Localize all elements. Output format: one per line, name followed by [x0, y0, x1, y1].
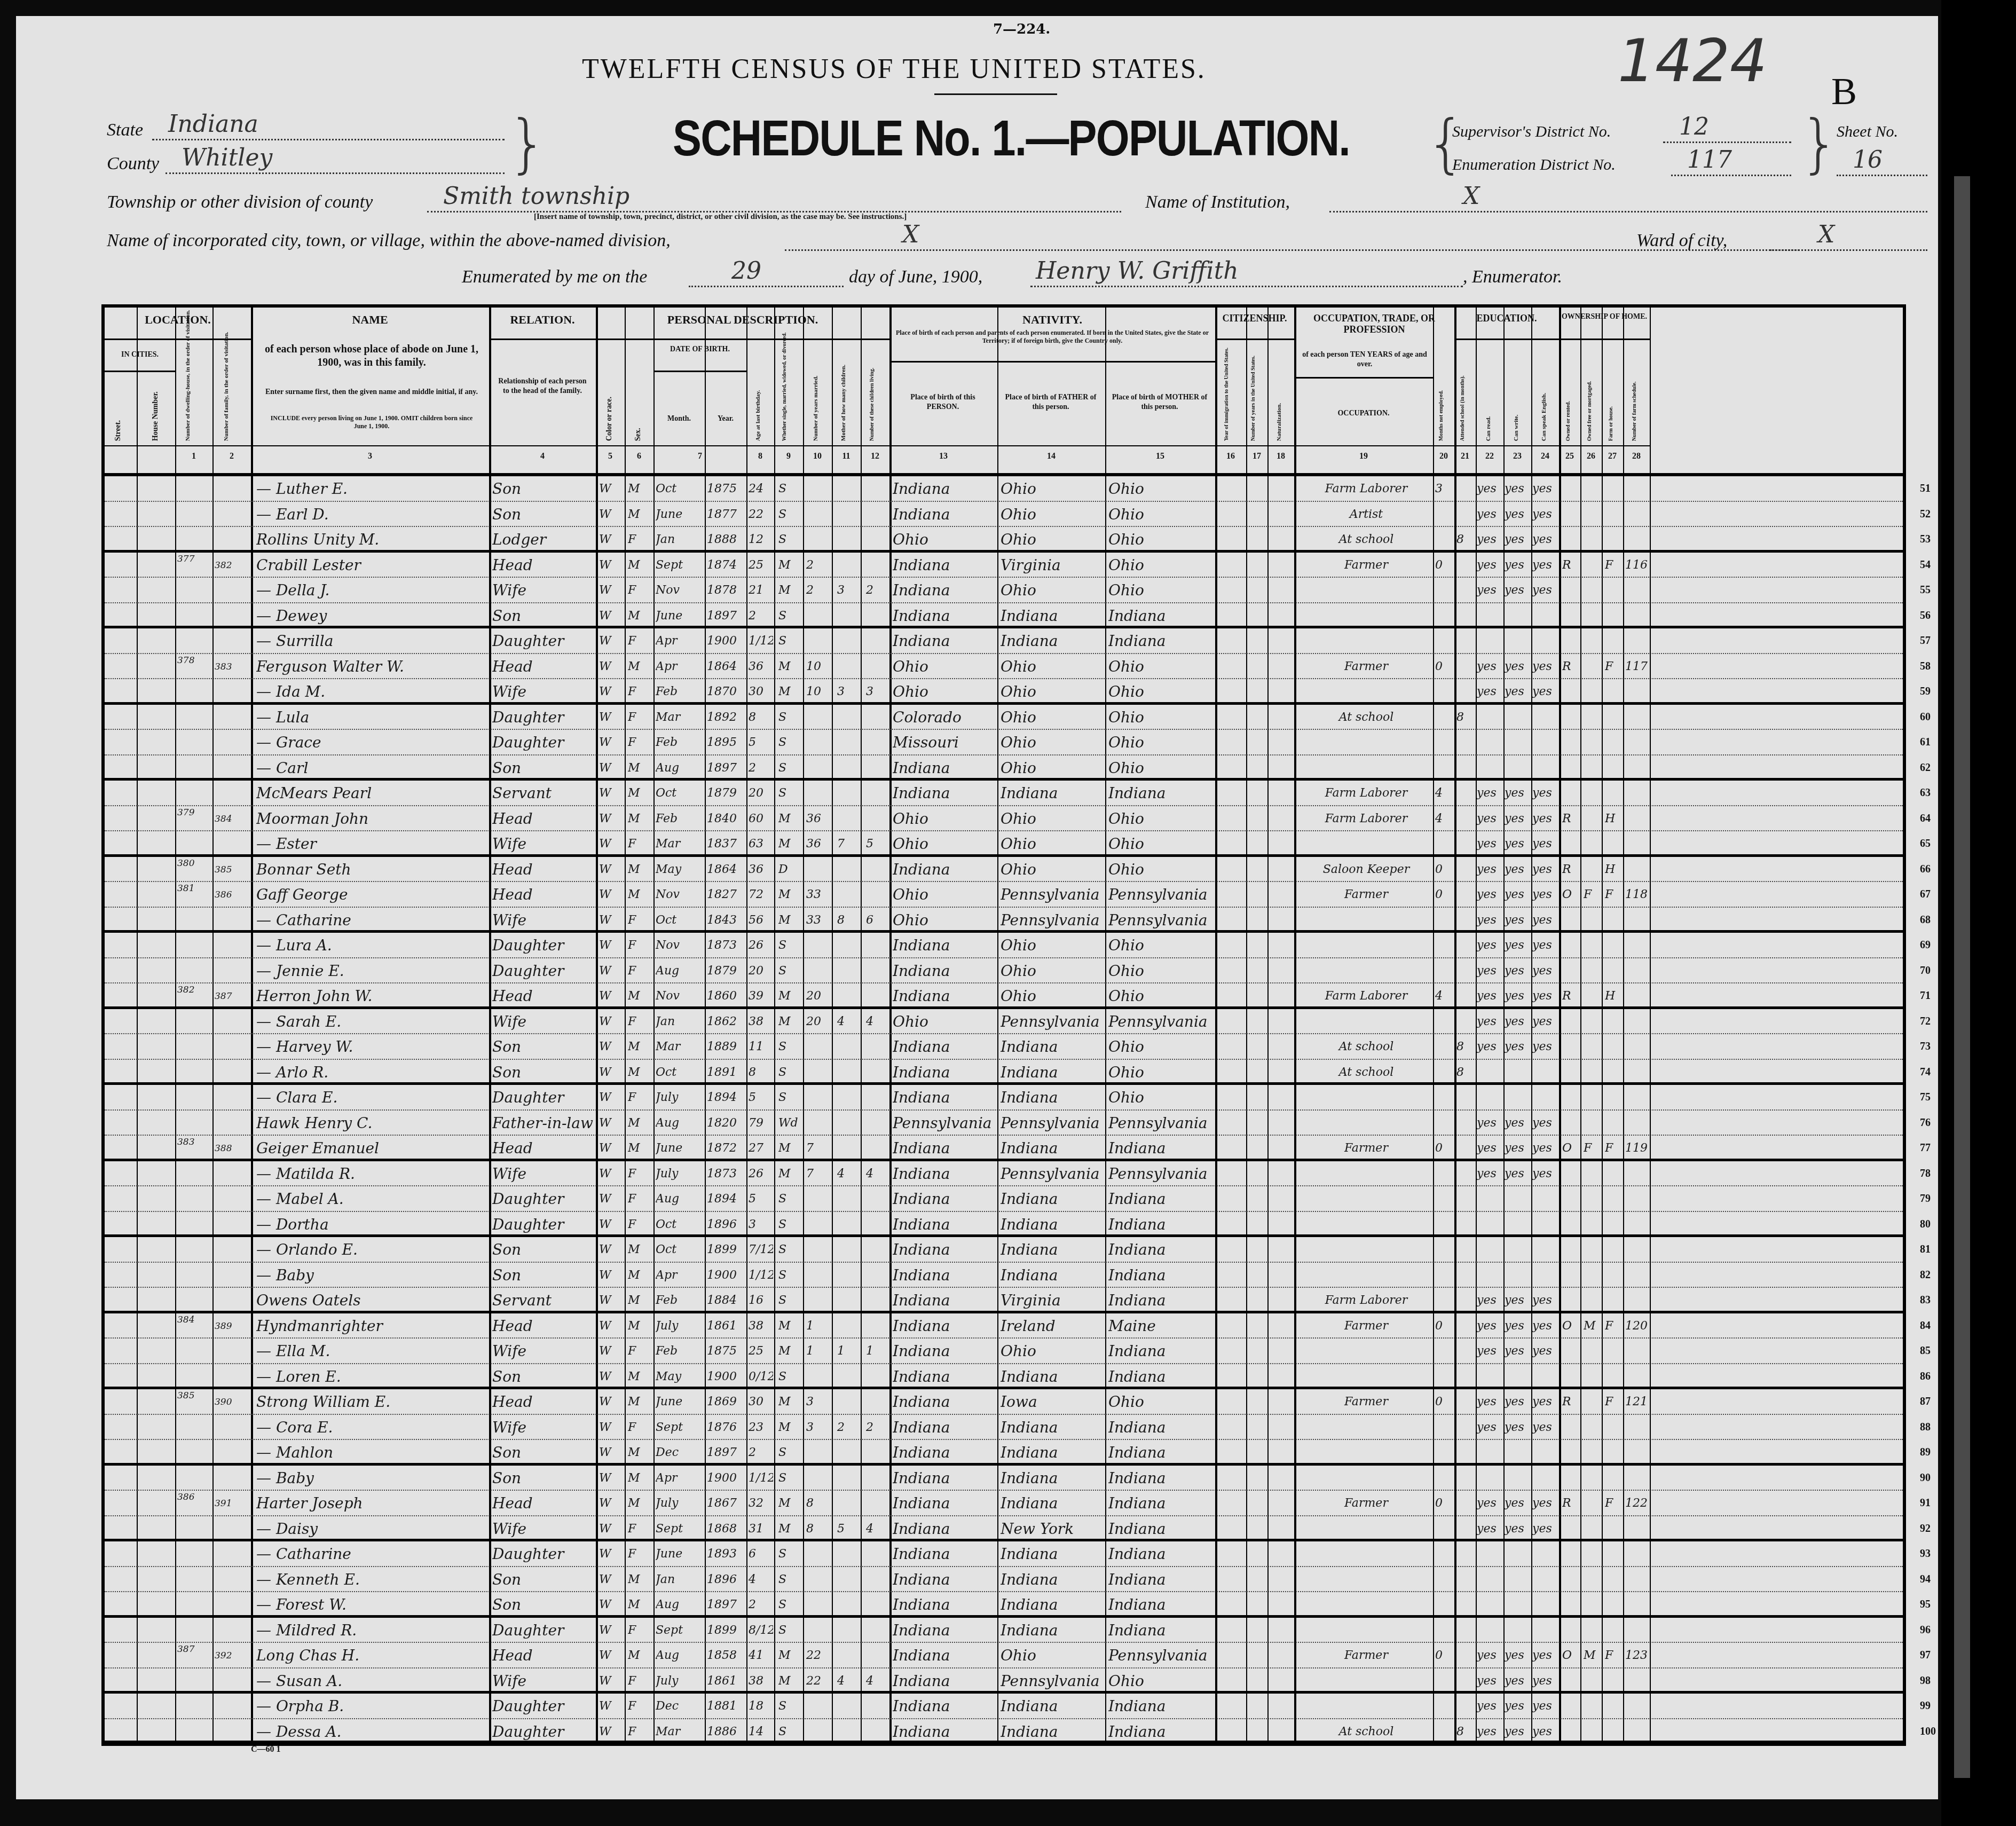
- months-unemployed: 4: [1435, 781, 1453, 805]
- birth-month: Jan: [656, 1567, 704, 1592]
- free-mortgaged: [1584, 1186, 1602, 1211]
- farm-house: [1605, 1085, 1623, 1109]
- birthplace-father: Indiana: [1001, 1541, 1104, 1566]
- birthplace-person: Indiana: [893, 1618, 996, 1642]
- children-living: [866, 806, 888, 831]
- birthplace-mother: Ohio: [1108, 933, 1214, 957]
- birthplace-mother: Maine: [1108, 1313, 1214, 1338]
- birth-month: June: [656, 603, 704, 626]
- age: 8: [749, 705, 773, 729]
- occupation: At school: [1301, 705, 1432, 729]
- age: 31: [749, 1516, 773, 1539]
- mother-of: [837, 705, 860, 729]
- line-number: 79: [1920, 1193, 1931, 1205]
- sex: M: [628, 1288, 652, 1311]
- dwelling-number: 382: [177, 985, 211, 1008]
- birth-year: 1895: [707, 730, 745, 754]
- attended-school: [1456, 781, 1475, 805]
- can-read: [1477, 1592, 1503, 1615]
- owned-rented: [1562, 476, 1580, 501]
- birthplace-mother: Indiana: [1108, 1694, 1214, 1718]
- birthplace-mother: Ohio: [1108, 527, 1214, 550]
- can-read: [1477, 1212, 1503, 1235]
- can-read: [1477, 1440, 1503, 1463]
- sex: F: [628, 527, 652, 550]
- birthplace-mother: Indiana: [1108, 1719, 1214, 1742]
- farm-schedule-number: [1625, 1364, 1650, 1387]
- attended-school: [1456, 908, 1475, 931]
- line-number: 57: [1920, 635, 1931, 647]
- attended-school: [1456, 1567, 1475, 1592]
- mother-of: [837, 1567, 860, 1592]
- birthplace-person: Indiana: [893, 502, 996, 526]
- months-unemployed: [1435, 603, 1453, 626]
- can-speak-english: yes: [1532, 476, 1559, 501]
- attended-school: [1456, 1085, 1475, 1109]
- birth-year: 1861: [707, 1313, 745, 1338]
- birthplace-father: Ohio: [1001, 857, 1104, 881]
- free-mortgaged: [1584, 1694, 1602, 1718]
- sex: M: [628, 502, 652, 526]
- color: W: [599, 1618, 624, 1642]
- mother-of: [837, 857, 860, 881]
- relation: Daughter: [492, 1212, 594, 1235]
- person-name: Herron John W.: [256, 983, 486, 1006]
- attended-school: [1456, 1313, 1475, 1338]
- mother-of: 3: [837, 578, 860, 602]
- birth-month: July: [656, 1313, 704, 1338]
- marital-status: S: [778, 1541, 802, 1566]
- supervisor-district-label: Supervisor's District No.: [1452, 123, 1611, 141]
- birth-month: July: [656, 1491, 704, 1515]
- birth-month: July: [656, 1161, 704, 1186]
- relation: Wife: [492, 1339, 594, 1363]
- can-write: yes: [1505, 1009, 1531, 1034]
- birthplace-father: Indiana: [1001, 1263, 1104, 1287]
- table-row: — Grace Daughter W F Feb 1895 5 S Missou…: [105, 730, 1903, 755]
- years-married: [806, 1085, 831, 1109]
- col-immigration-year: Year of immigration to the United States…: [1224, 345, 1230, 441]
- occupation: Farmer: [1301, 882, 1432, 907]
- dwelling-number: [177, 680, 211, 703]
- farm-house: [1605, 1034, 1623, 1059]
- attended-school: [1456, 1212, 1475, 1235]
- marital-status: S: [778, 730, 802, 754]
- form-number: 7—224.: [993, 21, 1050, 37]
- birth-year: 1837: [707, 831, 745, 854]
- marital-status: S: [778, 1288, 802, 1311]
- person-name: — Catharine: [256, 1541, 486, 1566]
- birth-month: Aug: [656, 1592, 704, 1615]
- person-name: — Daisy: [256, 1516, 486, 1539]
- table-row: — Baby Son W M Apr 1900 1/12 S Indiana I…: [105, 1466, 1903, 1491]
- birth-year: 1861: [707, 1668, 745, 1691]
- color: W: [599, 679, 624, 702]
- birthplace-father: Pennsylvania: [1001, 908, 1104, 931]
- birthplace-person: Ohio: [893, 908, 996, 931]
- birthplace-mother: Pennsylvania: [1108, 1643, 1214, 1667]
- birth-month: Aug: [656, 1186, 704, 1211]
- occupation: [1301, 1085, 1432, 1109]
- owned-rented: [1562, 755, 1580, 778]
- col-number: 14: [997, 452, 1105, 461]
- occupation: [1301, 1541, 1432, 1566]
- sex: F: [628, 1009, 652, 1034]
- free-mortgaged: [1584, 502, 1602, 526]
- birth-month: Dec: [656, 1694, 704, 1718]
- farm-house: [1605, 831, 1623, 854]
- birthplace-mother: Indiana: [1108, 1263, 1214, 1287]
- farm-schedule-number: [1625, 628, 1650, 653]
- birthplace-father: Indiana: [1001, 1440, 1104, 1463]
- birthplace-mother: Pennsylvania: [1108, 1161, 1214, 1186]
- dwelling-number: [177, 477, 211, 502]
- line-number: 82: [1920, 1269, 1931, 1281]
- occupation: [1301, 933, 1432, 957]
- can-read: [1477, 603, 1503, 626]
- birthplace-mother: Pennsylvania: [1108, 882, 1214, 907]
- can-speak-english: yes: [1532, 882, 1559, 907]
- owned-rented: R: [1562, 806, 1580, 831]
- birthplace-person: Indiana: [893, 1288, 996, 1311]
- birthplace-father: Indiana: [1001, 1415, 1104, 1439]
- age: 4: [749, 1567, 773, 1592]
- birth-month: June: [656, 1541, 704, 1566]
- farm-house: F: [1605, 654, 1623, 679]
- person-name: — Orpha B.: [256, 1694, 486, 1718]
- schedule-title: SCHEDULE No. 1.—POPULATION.: [673, 109, 1350, 167]
- table-row: — Arlo R. Son W M Oct 1891 8 S Indiana I…: [105, 1060, 1903, 1085]
- can-read: [1477, 705, 1503, 729]
- page-title: TWELFTH CENSUS OF THE UNITED STATES.: [582, 53, 1206, 85]
- birth-year: 1894: [707, 1186, 745, 1211]
- months-unemployed: 0: [1435, 1491, 1453, 1515]
- birth-year: 1862: [707, 1009, 745, 1034]
- sex: M: [628, 1136, 652, 1159]
- birth-year: 1873: [707, 1161, 745, 1186]
- line-number: 77: [1920, 1142, 1931, 1154]
- birth-month: Feb: [656, 1288, 704, 1311]
- years-married: 22: [806, 1643, 831, 1667]
- age: 18: [749, 1694, 773, 1718]
- birth-month: June: [656, 1389, 704, 1414]
- farm-schedule-number: [1625, 1009, 1650, 1034]
- age: 1/12: [749, 628, 773, 653]
- line-number: 88: [1920, 1421, 1931, 1434]
- table-row: — Loren E. Son W M May 1900 0/12 S India…: [105, 1364, 1903, 1390]
- county-label: County: [107, 154, 159, 174]
- birthplace-father: Pennsylvania: [1001, 1111, 1104, 1135]
- farm-schedule-number: [1625, 781, 1650, 805]
- dwelling-number: [177, 934, 211, 958]
- marital-status: M: [778, 983, 802, 1006]
- years-married: [806, 1060, 831, 1083]
- can-write: yes: [1505, 1415, 1531, 1439]
- months-unemployed: [1435, 730, 1453, 754]
- farm-schedule-number: [1625, 958, 1650, 983]
- dwelling-number: [177, 1187, 211, 1212]
- farm-schedule-number: [1625, 857, 1650, 881]
- can-speak-english: yes: [1532, 908, 1559, 931]
- mother-of: [837, 1034, 860, 1059]
- sex: M: [628, 806, 652, 831]
- birth-year: 1843: [707, 908, 745, 931]
- owned-rented: [1562, 1592, 1580, 1615]
- months-unemployed: [1435, 1161, 1453, 1186]
- children-living: 5: [866, 831, 888, 854]
- birth-month: Feb: [656, 679, 704, 702]
- can-write: [1505, 1186, 1531, 1211]
- line-number: 89: [1920, 1446, 1931, 1459]
- line-number: 72: [1920, 1016, 1931, 1028]
- free-mortgaged: [1584, 1288, 1602, 1311]
- group-personal-description: PERSONAL DESCRIPTION.: [596, 313, 889, 327]
- page-shadow: [1954, 176, 1970, 1778]
- farm-schedule-number: 122: [1625, 1491, 1650, 1515]
- birthplace-person: Indiana: [893, 1186, 996, 1211]
- relation: Servant: [492, 1288, 594, 1311]
- birth-year: 1892: [707, 705, 745, 729]
- birthplace-person: Indiana: [893, 1541, 996, 1566]
- birthplace-mother: Ohio: [1108, 654, 1214, 679]
- col-number: 6: [625, 452, 653, 461]
- farm-schedule-number: [1625, 527, 1650, 550]
- can-speak-english: yes: [1532, 527, 1559, 550]
- col-number: 18: [1267, 452, 1294, 461]
- sex: M: [628, 654, 652, 679]
- can-read: [1477, 1364, 1503, 1387]
- free-mortgaged: [1584, 1466, 1602, 1490]
- months-unemployed: [1435, 1415, 1453, 1439]
- farm-schedule-number: [1625, 831, 1650, 854]
- birthplace-father: Ohio: [1001, 679, 1104, 702]
- color: W: [599, 882, 624, 907]
- can-read: [1477, 628, 1503, 653]
- age: 8/12: [749, 1618, 773, 1642]
- owned-rented: [1562, 1516, 1580, 1539]
- marital-status: M: [778, 831, 802, 854]
- birth-year: 1900: [707, 628, 745, 653]
- birthplace-person: Indiana: [893, 476, 996, 501]
- children-living: [866, 1263, 888, 1287]
- birth-month: Apr: [656, 654, 704, 679]
- months-unemployed: [1435, 1288, 1453, 1311]
- farm-house: [1605, 1263, 1623, 1287]
- mother-of: [837, 1643, 860, 1667]
- enumerator-label: , Enumerator.: [1463, 267, 1562, 287]
- age: 38: [749, 1668, 773, 1691]
- farm-schedule-number: 117: [1625, 654, 1650, 679]
- col-number: 13: [889, 452, 997, 461]
- dwelling-number: [177, 757, 211, 780]
- col-owned-rented: Owned or rented.: [1565, 361, 1571, 441]
- can-write: yes: [1505, 983, 1531, 1006]
- age: 23: [749, 1415, 773, 1439]
- table-row: — Kenneth E. Son W M Jan 1896 4 S Indian…: [105, 1567, 1903, 1593]
- person-name: — Catharine: [256, 908, 486, 931]
- marital-status: S: [778, 1694, 802, 1718]
- mother-of: 2: [837, 1415, 860, 1439]
- years-married: [806, 1567, 831, 1592]
- can-read: [1477, 755, 1503, 778]
- mother-of: [837, 502, 860, 526]
- age: 21: [749, 578, 773, 602]
- months-unemployed: [1435, 1339, 1453, 1363]
- children-living: [866, 1364, 888, 1387]
- owned-rented: R: [1562, 983, 1580, 1006]
- attended-school: [1456, 654, 1475, 679]
- marital-status: S: [778, 1263, 802, 1287]
- sex: M: [628, 1313, 652, 1338]
- person-name: — Matilda R.: [256, 1161, 486, 1186]
- table-row: 382 387 Herron John W. Head W M Nov 1860…: [105, 983, 1903, 1009]
- birth-year: 1893: [707, 1541, 745, 1566]
- can-speak-english: yes: [1532, 933, 1559, 957]
- line-number: 87: [1920, 1396, 1931, 1408]
- dwelling-number: 384: [177, 1315, 211, 1339]
- sex: M: [628, 882, 652, 907]
- age: 5: [749, 1085, 773, 1109]
- farm-house: F: [1605, 1313, 1623, 1338]
- can-write: yes: [1505, 1136, 1531, 1159]
- birthplace-mother: Indiana: [1108, 628, 1214, 653]
- can-speak-english: [1532, 1592, 1559, 1615]
- person-name: Long Chas H.: [256, 1643, 486, 1667]
- farm-schedule-number: [1625, 1034, 1650, 1059]
- birthplace-mother: Indiana: [1108, 1618, 1214, 1642]
- person-name: Bonnar Seth: [256, 857, 486, 881]
- person-name: Crabill Lester: [256, 553, 486, 577]
- dwelling-number: [177, 604, 211, 627]
- free-mortgaged: [1584, 679, 1602, 702]
- col-farm-house: Farm or house.: [1608, 372, 1614, 441]
- attended-school: 8: [1456, 1034, 1475, 1059]
- owned-rented: R: [1562, 553, 1580, 577]
- color: W: [599, 1085, 624, 1109]
- attended-school: [1456, 1288, 1475, 1311]
- months-unemployed: 0: [1435, 1389, 1453, 1414]
- years-married: 3: [806, 1415, 831, 1439]
- can-read: yes: [1477, 1288, 1503, 1311]
- farm-house: [1605, 1618, 1623, 1642]
- attended-school: [1456, 1009, 1475, 1034]
- person-name: — Harvey W.: [256, 1034, 486, 1059]
- birthplace-father: Pennsylvania: [1001, 1009, 1104, 1034]
- birthplace-father: Ohio: [1001, 831, 1104, 854]
- birthplace-person: Indiana: [893, 958, 996, 983]
- sex: M: [628, 857, 652, 881]
- farm-house: [1605, 679, 1623, 702]
- color: W: [599, 705, 624, 729]
- can-write: [1505, 1567, 1531, 1592]
- farm-house: [1605, 755, 1623, 778]
- can-write: yes: [1505, 553, 1531, 577]
- col-months-unemployed: Months not employed.: [1438, 388, 1444, 441]
- line-number: 83: [1920, 1294, 1931, 1306]
- line-number: 74: [1920, 1066, 1931, 1079]
- col-dwelling: Number of dwelling-house, in the order o…: [185, 345, 191, 441]
- can-write: yes: [1505, 1389, 1531, 1414]
- sex: M: [628, 781, 652, 805]
- can-speak-english: [1532, 705, 1559, 729]
- sex: F: [628, 679, 652, 702]
- mother-of: 8: [837, 908, 860, 931]
- can-read: yes: [1477, 781, 1503, 805]
- can-speak-english: yes: [1532, 679, 1559, 702]
- line-number: 92: [1920, 1523, 1931, 1535]
- birthplace-mother: Ohio: [1108, 958, 1214, 983]
- can-speak-english: yes: [1532, 1389, 1559, 1414]
- marital-status: M: [778, 1009, 802, 1034]
- children-living: [866, 1212, 888, 1235]
- birth-year: 1878: [707, 578, 745, 602]
- birth-year: 1864: [707, 857, 745, 881]
- dwelling-number: [177, 1542, 211, 1567]
- marital-status: M: [778, 1415, 802, 1439]
- owned-rented: [1562, 1364, 1580, 1387]
- relation: Daughter: [492, 730, 594, 754]
- months-unemployed: [1435, 679, 1453, 702]
- ward-label: Ward of city,: [1636, 231, 1727, 251]
- birthplace-mother: Ohio: [1108, 502, 1214, 526]
- sex: F: [628, 628, 652, 653]
- farm-schedule-number: 120: [1625, 1313, 1650, 1338]
- can-speak-english: [1532, 603, 1559, 626]
- mother-of: [837, 476, 860, 501]
- marital-status: S: [778, 958, 802, 983]
- owned-rented: [1562, 1034, 1580, 1059]
- owned-rented: [1562, 1085, 1580, 1109]
- relation: Daughter: [492, 1541, 594, 1566]
- person-name: — Dessa A.: [256, 1719, 486, 1742]
- years-married: [806, 1111, 831, 1135]
- can-speak-english: yes: [1532, 578, 1559, 602]
- marital-status: S: [778, 628, 802, 653]
- birth-year: 1868: [707, 1516, 745, 1539]
- birth-year: 1894: [707, 1085, 745, 1109]
- attended-school: [1456, 983, 1475, 1006]
- col-children-living: Number of these children living.: [869, 345, 875, 441]
- birthplace-mother: Indiana: [1108, 1491, 1214, 1515]
- owned-rented: [1562, 1237, 1580, 1262]
- owned-rented: [1562, 1618, 1580, 1642]
- owned-rented: [1562, 603, 1580, 626]
- can-speak-english: [1532, 1060, 1559, 1083]
- can-write: yes: [1505, 806, 1531, 831]
- birthplace-mother: Ohio: [1108, 1389, 1214, 1414]
- farm-house: [1605, 958, 1623, 983]
- can-read: [1477, 1466, 1503, 1490]
- table-row: — Catharine Wife W F Oct 1843 56 M 33 8 …: [105, 908, 1903, 933]
- months-unemployed: 0: [1435, 857, 1453, 881]
- mother-of: [837, 1541, 860, 1566]
- attended-school: [1456, 1592, 1475, 1615]
- farm-house: [1605, 1186, 1623, 1211]
- can-speak-english: yes: [1532, 857, 1559, 881]
- attended-school: [1456, 1364, 1475, 1387]
- birthplace-father: Ohio: [1001, 983, 1104, 1006]
- farm-house: H: [1605, 983, 1623, 1006]
- sex: M: [628, 1060, 652, 1083]
- can-read: yes: [1477, 654, 1503, 679]
- birthplace-father: Indiana: [1001, 1186, 1104, 1211]
- owned-rented: O: [1562, 1643, 1580, 1667]
- birthplace-father: Ohio: [1001, 527, 1104, 550]
- birth-year: 1896: [707, 1212, 745, 1235]
- line-number: 67: [1920, 888, 1931, 901]
- name-description: of each person whose place of abode on J…: [265, 343, 478, 369]
- birthplace-person: Ohio: [893, 831, 996, 854]
